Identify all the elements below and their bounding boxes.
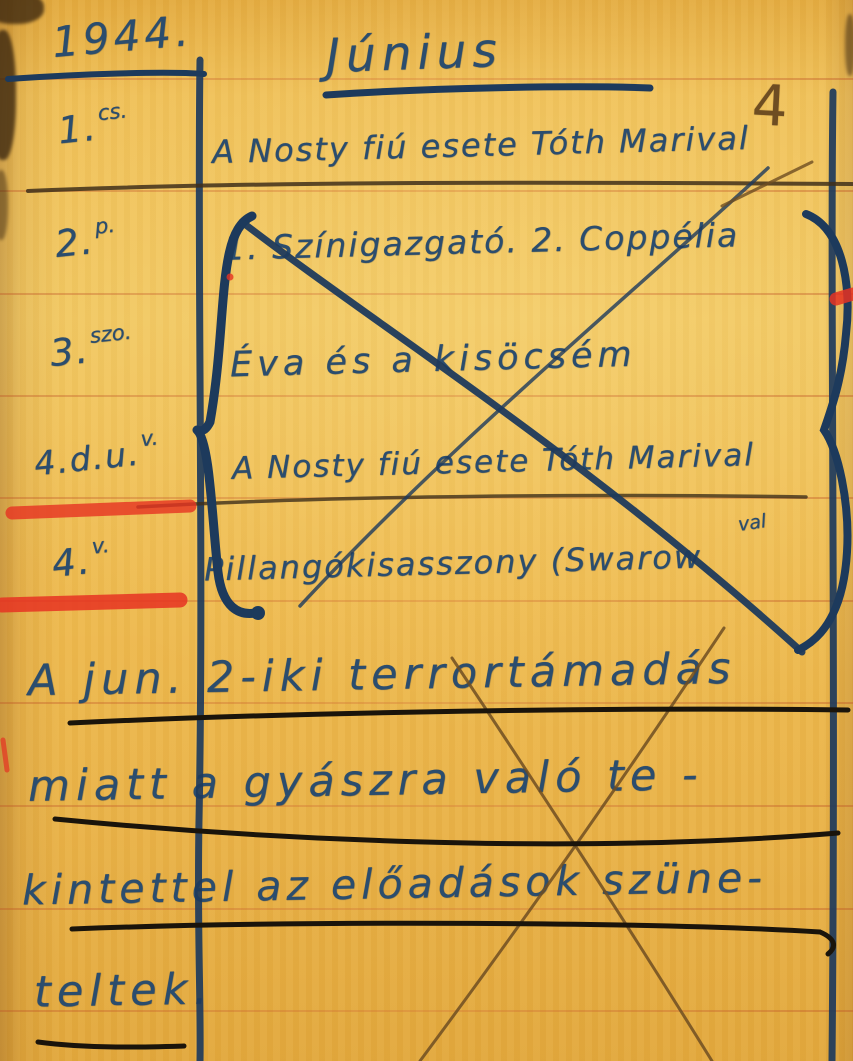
note-line: teltek.	[34, 964, 214, 1017]
page-number: 4	[750, 73, 789, 140]
page-edge-smudge	[845, 14, 853, 76]
note-line: kintettel az előadások szüne-	[22, 854, 768, 915]
date-number: 3.	[48, 328, 92, 375]
right-margin-line	[832, 92, 833, 1061]
note-underline	[72, 923, 834, 954]
date-cell: 4.v.	[50, 537, 111, 586]
entry-annotation: val	[737, 510, 768, 536]
date-number: 4.	[50, 539, 94, 586]
day-abbreviation: v.	[91, 533, 111, 559]
strike-cross-line	[242, 222, 802, 652]
ruled-line	[0, 497, 853, 499]
date-cell: 4.d.u.v.	[32, 432, 159, 484]
brace-left-blob	[251, 606, 265, 620]
ledger-page: 1944. Június 4 1.cs. 2.p. 3.szo. 4.d.u.v…	[0, 0, 853, 1061]
red-margin-mark	[12, 506, 190, 513]
ruled-line	[0, 600, 853, 602]
red-margin-mark	[2, 600, 180, 605]
page-edge-smudge	[0, 170, 8, 240]
date-cell: 3.szo.	[48, 324, 133, 375]
red-speck	[227, 274, 234, 281]
month-title: Június	[325, 23, 504, 84]
ruled-line	[0, 190, 853, 192]
day-abbreviation: szo.	[89, 319, 133, 347]
day-abbreviation: p.	[94, 213, 116, 239]
ruled-line	[0, 293, 853, 295]
year-label: 1944.	[50, 6, 194, 67]
note-underline	[38, 1042, 184, 1047]
note-line: miatt a gyászra való te -	[28, 750, 704, 812]
year-underline	[8, 73, 204, 79]
pencil-stroke	[722, 162, 812, 206]
entry-underline	[138, 496, 806, 507]
page-edge-smudge	[0, 30, 16, 160]
brace-right	[798, 214, 848, 650]
page-edge-smudge	[0, 0, 44, 24]
day-abbreviation: v.	[139, 425, 159, 451]
entry-text: 1. Színigazgató. 2. Coppélia	[224, 215, 740, 267]
red-margin-mark	[3, 740, 7, 770]
note-underline	[70, 709, 848, 723]
note-underline	[55, 819, 838, 844]
ruled-line	[0, 395, 853, 397]
month-title-underline	[326, 87, 650, 95]
date-number: 1.	[56, 106, 100, 153]
day-abbreviation: cs.	[97, 98, 129, 125]
note-line: A jun. 2-iki terrortámadás	[28, 644, 737, 706]
date-cell: 2.p.	[53, 217, 116, 266]
red-margin-mark	[836, 294, 853, 299]
entry-text: A Nosty fiú esete Tóth Marival	[212, 119, 751, 171]
date-number: 2.	[53, 219, 97, 266]
date-number: 4.d.u.	[32, 433, 142, 483]
entry-text: A Nosty fiú esete Tóth Marival	[232, 437, 756, 487]
date-cell: 1.cs.	[56, 103, 129, 153]
entry-text: Éva és a kisöcsém	[230, 335, 638, 386]
entry-underline	[28, 183, 852, 191]
entry-text: Pillangókisasszony (Swarow	[204, 537, 703, 588]
